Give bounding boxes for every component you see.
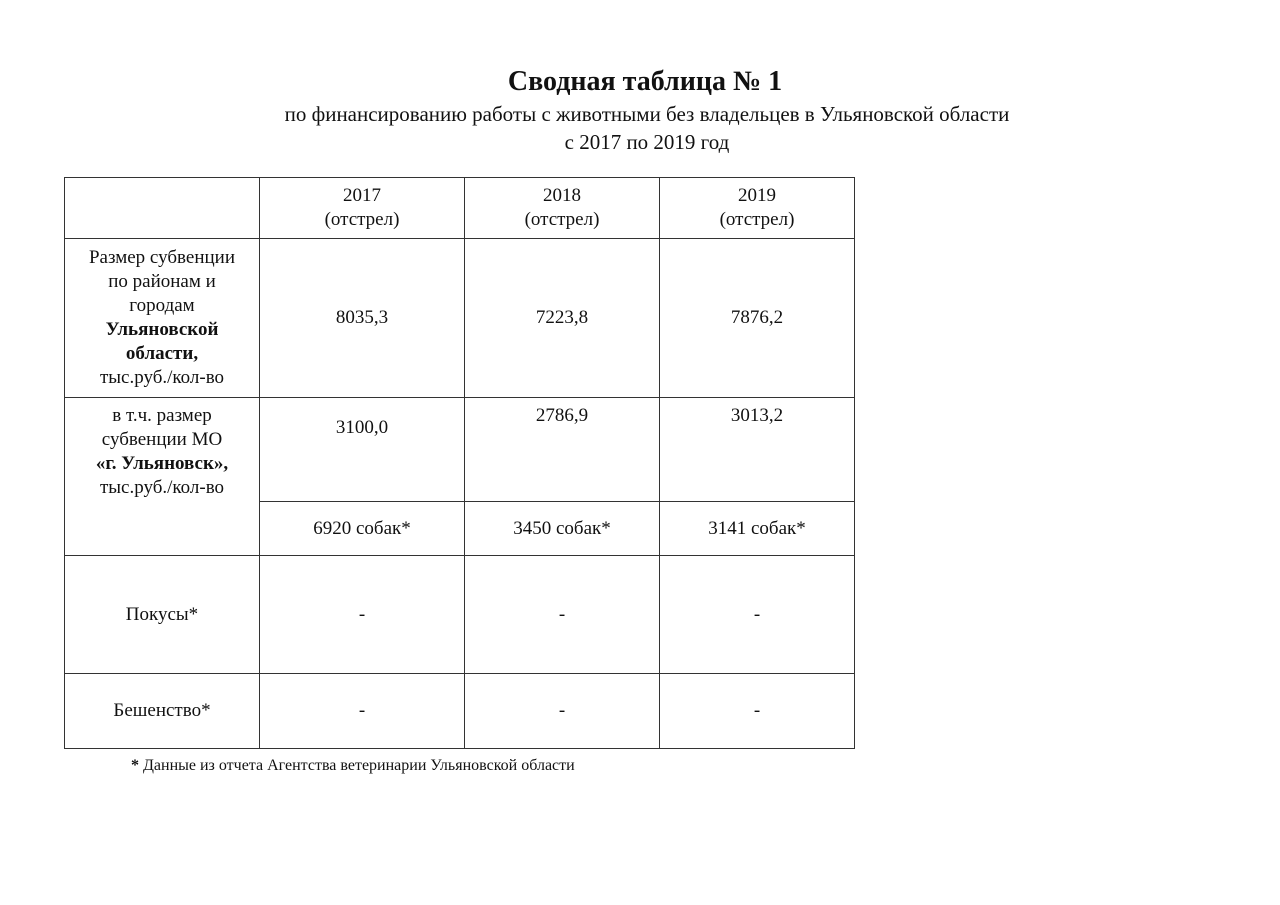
footnote-asterisk: * bbox=[131, 757, 139, 774]
dogs-cell: 3141 собак* bbox=[660, 502, 855, 556]
header-cell-2018: 2018 (отстрел) bbox=[465, 178, 660, 239]
header-cell-2017: 2017 (отстрел) bbox=[260, 178, 465, 239]
row-label-subvention-total: Размер субвенции по районам и городам Ул… bbox=[65, 239, 260, 398]
row-label-subvention-ulyanovsk: в т.ч. размер субвенции МО «г. Ульяновск… bbox=[65, 398, 260, 556]
value-cell: - bbox=[465, 674, 660, 749]
dogs-cell: 6920 собак* bbox=[260, 502, 465, 556]
table-row-subvention-ulyanovsk: в т.ч. размер субвенции МО «г. Ульяновск… bbox=[65, 398, 855, 502]
value-cell: 7223,8 bbox=[465, 239, 660, 398]
value-cell: - bbox=[660, 674, 855, 749]
value-cell: - bbox=[660, 556, 855, 674]
footnote: * Данные из отчета Агентства ветеринарии… bbox=[131, 755, 575, 777]
table-row-rabies: Бешенство* - - - bbox=[65, 674, 855, 749]
dogs-cell: 3450 собак* bbox=[465, 502, 660, 556]
value-cell: 2786,9 bbox=[465, 398, 660, 502]
table-row-subvention-total: Размер субвенции по районам и городам Ул… bbox=[65, 239, 855, 398]
row-label-rabies: Бешенство* bbox=[65, 674, 260, 749]
value-cell: - bbox=[260, 556, 465, 674]
summary-table: 2017 (отстрел) 2018 (отстрел) 2019 (отст… bbox=[64, 177, 855, 749]
document-subtitle: по финансированию работы с животными без… bbox=[0, 101, 1280, 128]
document-period: с 2017 по 2019 год bbox=[0, 129, 1280, 156]
value-cell: 3013,2 bbox=[660, 398, 855, 502]
header-empty-cell bbox=[65, 178, 260, 239]
value-cell: - bbox=[465, 556, 660, 674]
value-cell: - bbox=[260, 674, 465, 749]
document-title: Сводная таблица № 1 bbox=[0, 64, 1280, 100]
value-cell: 3100,0 bbox=[260, 398, 465, 502]
footnote-text: Данные из отчета Агентства ветеринарии У… bbox=[139, 757, 575, 774]
header-cell-2019: 2019 (отстрел) bbox=[660, 178, 855, 239]
table-row-bites: Покусы* - - - bbox=[65, 556, 855, 674]
table-header-row: 2017 (отстрел) 2018 (отстрел) 2019 (отст… bbox=[65, 178, 855, 239]
row-label-bites: Покусы* bbox=[65, 556, 260, 674]
value-cell: 7876,2 bbox=[660, 239, 855, 398]
value-cell: 8035,3 bbox=[260, 239, 465, 398]
